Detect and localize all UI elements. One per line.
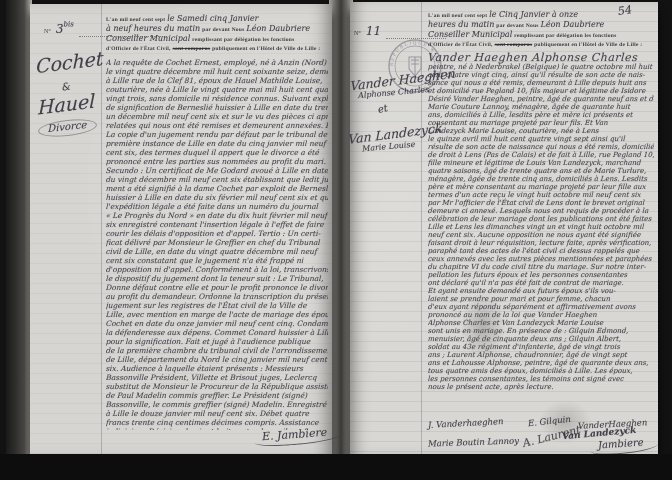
handwritten-hour: à neuf heures du matin: [106, 24, 200, 33]
header-line-2: heures du matin par devant Nous Léon Dau…: [428, 20, 654, 30]
margin-note-divorce: Divorce: [38, 117, 97, 139]
signature-jambiere: Jambiere: [598, 437, 644, 451]
handwritten-hour: heures du matin: [428, 20, 494, 29]
manuscript-line: sance qui nous a été remis, demeurant à …: [428, 79, 654, 87]
manuscript-line: Bassonville, le commis greffier (signé) …: [106, 400, 328, 409]
manuscript-line: Secundo : Un certificat de Me Godard avo…: [106, 166, 328, 175]
record-number-label: N°: [44, 29, 51, 35]
header-line-4: d'Officier de l'État Civil, sont comparu…: [106, 44, 328, 54]
manuscript-line: Donne défaut contre elle et pour le prof…: [106, 283, 328, 292]
handwritten-officer-title: Conseiller Municipal: [106, 34, 190, 43]
manuscript-line: substitut de Monsieur le Procureur de la…: [106, 382, 328, 391]
manuscript-line: menuisier, âgé de cinquante deux ans ; G…: [428, 335, 654, 343]
manuscript-line: « Le Progrès du Nord » en date du dix hu…: [106, 211, 328, 220]
manuscript-line: prononcé entre les parties sus nommées a…: [106, 157, 328, 166]
handwritten-date: le Cinq Janvier à onze: [489, 10, 578, 19]
printed-officier-text: d'Officier de l'État Civil,: [428, 42, 493, 48]
printed-delegation-text: remplissant par délégation les fonctions: [192, 37, 294, 43]
manuscript-line: Désiré Vander Haeghen, peintre, âgé de q…: [428, 95, 654, 103]
manuscript-line: jugement sur les registres de l'État civ…: [106, 301, 328, 310]
manuscript-line: de Lille, département du Nord le cinq ja…: [106, 355, 328, 364]
manuscript-line: Cochet en date du onze janvier mil neuf …: [106, 319, 328, 328]
manuscript-line: vingt trois, sans domicile ni résidence …: [106, 94, 328, 103]
manuscript-line: demeure ci annexé. Lesquels nous ont req…: [428, 207, 654, 215]
manuscript-line: Vander Haeghen Alphonse Charles: [428, 52, 654, 63]
register-page-left: N° 3bis Cochet & Hauel Divorce L'an mil …: [30, 4, 332, 456]
manuscript-line: couturière, née à Lille le vingt quatre …: [106, 85, 328, 94]
manuscript-line: cent six constatant que le jugement n'a …: [106, 256, 328, 265]
manuscript-line: pellation les futurs époux et les person…: [428, 271, 654, 279]
header-line-3: Conseiller Municipal remplissant par dél…: [428, 30, 654, 40]
header-line-1: L'an mil neuf cent sept le Samedi cinq J…: [106, 14, 328, 24]
manuscript-line: neuf cent six. Aucune opposition ne nous…: [428, 231, 654, 239]
manuscript-line: l'expédition légale a été faite dans un …: [106, 202, 328, 211]
scanner-bed-shadow: [0, 454, 672, 480]
manuscript-line: six enregistré contenant l'insertion lég…: [106, 220, 328, 229]
manuscript-line: le quinze avril mil huit cent quatre vin…: [428, 135, 654, 143]
manuscript-line: première instance de Lille en date du ci…: [106, 139, 328, 148]
manuscript-line: relatées qui nous ont été remises et dem…: [106, 121, 328, 130]
manuscript-line: du chapitre VI du code civil titre du ma…: [428, 263, 654, 271]
signature-j-vanderhaeghen: J. Vanderhaeghen: [428, 417, 504, 431]
manuscript-line: civil de Lille, en date du vingt quatre …: [106, 247, 328, 256]
manuscript-line: ficat délivré par Monsieur le Greffier e…: [106, 238, 328, 247]
printed-struck-text: sont comparus: [173, 46, 211, 52]
left-act-header: L'an mil neuf cent sept le Samedi cinq J…: [106, 14, 328, 54]
manuscript-line: ans ; Laurent Alphonse, chaudronnier, âg…: [428, 351, 654, 359]
manuscript-line: Lille, avec mention en marge de l'acte d…: [106, 310, 328, 319]
manuscript-line: un décembre mil neuf cent six et sur le …: [106, 112, 328, 121]
header-line-2: à neuf heures du matin par devant Nous L…: [106, 24, 328, 34]
manuscript-line: paraphé tant des actes de l'état civil c…: [428, 247, 654, 255]
register-page-right: 54 N° 11 RÉPUBLIQUE ✦ FRANÇAISE ✦ Vander…: [350, 2, 658, 454]
header-line-1: L'an mil neuf cent sept le Cinq Janvier …: [428, 10, 654, 20]
manuscript-line: du vingt décembre mil neuf cent six étab…: [106, 175, 328, 184]
manuscript-line: soldat au 43e régiment d'infanterie, âgé…: [428, 343, 654, 351]
left-manuscript-body: A la requête de Cochet Ernest, employé, …: [106, 58, 328, 430]
manuscript-line: d'opposition ni d'appel. Conformément à …: [106, 265, 328, 274]
margin-name-cochet: Cochet: [36, 48, 104, 78]
manuscript-line: Bassonville Président, Villette et Briso…: [106, 373, 328, 382]
manuscript-line: sont unis en mariage. En présence de : G…: [428, 327, 654, 335]
manuscript-line: six. Audience à laquelle étaient présent…: [106, 364, 328, 373]
printed-pardevant-text: par devant Nous: [496, 23, 538, 29]
manuscript-line: laient se prendre pour mari et pour femm…: [428, 295, 654, 303]
printed-hotel-de-ville-text: publiquement en l'Hôtel de Ville de Lill…: [534, 42, 642, 48]
manuscript-line: célébration de leur mariage dont les pub…: [428, 215, 654, 223]
manuscript-line: père et mère consentant au mariage proje…: [428, 183, 654, 191]
manuscript-line: cent six, des termes duquel il appert qu…: [106, 148, 328, 157]
manuscript-line: Marie Couture Lannoy, ménagère, âgée de …: [428, 103, 654, 111]
manuscript-line: consentant au mariage projeté par leur f…: [428, 119, 654, 127]
manuscript-line: A la requête de Cochet Ernest, employé, …: [106, 58, 328, 67]
manuscript-line: prononcé au nom de la loi que Vander Hae…: [428, 311, 654, 319]
manuscript-line: huissier à Lille en date du six février …: [106, 193, 328, 202]
manuscript-line: de droit à Lens (Pas de Calais) et de fa…: [428, 151, 654, 159]
manuscript-line: La copie d'un jugement rendu par défaut …: [106, 130, 328, 139]
manuscript-line: d'eux ayant répondu séparément et affirm…: [428, 303, 654, 311]
manuscript-line: ans et Lahousse Alphonse, peintre, âgé d…: [428, 359, 654, 367]
manuscript-line: de la première chambre du tribunal civil…: [106, 346, 328, 355]
manuscript-line: à Lille le douze janvier mil neuf cent s…: [106, 409, 328, 418]
printed-year-text: L'an mil neuf cent sept: [428, 13, 487, 19]
manuscript-line: tous quatre amis des époux, domiciliés à…: [428, 367, 654, 375]
book-left-edge-stack: [6, 0, 32, 464]
manuscript-line: courir les délais d'opposition et d'appe…: [106, 229, 328, 238]
manuscript-line: nous le présent acte, après lecture.: [428, 383, 654, 391]
manuscript-line: Et ayant ensuite demandé aux futurs épou…: [428, 287, 654, 295]
header-line-3: Conseiller Municipal remplissant par dél…: [106, 34, 328, 44]
manuscript-line: ont déclaré qu'il n'a pas été fait de co…: [428, 279, 654, 287]
right-act-header: L'an mil neuf cent sept le Cinq Janvier …: [428, 10, 654, 50]
handwritten-officer-name: Léon Daubriere: [246, 24, 310, 33]
handwritten-officer-title: Conseiller Municipal: [428, 30, 512, 39]
manuscript-line: cent quatre vingt cinq, ainsi qu'il résu…: [428, 71, 654, 79]
manuscript-line: Alphonse Charles et Van Landezyck Marie …: [428, 319, 654, 327]
margin-name-hauel: Hauel: [38, 90, 95, 119]
manuscript-line: Landezyck Marie Louise, couturière, née …: [428, 127, 654, 135]
printed-year-text: L'an mil neuf cent sept: [106, 17, 165, 23]
manuscript-line: francs trente cinq centimes décimes comp…: [106, 418, 328, 427]
scanned-register-spread: { "colors":{"background":"#121212","pape…: [0, 0, 672, 480]
record-number-label: N°: [354, 31, 361, 37]
manuscript-line: de Paul Madelin commis greffier. Le Prés…: [106, 391, 328, 400]
manuscript-line: pour la signification. Fait et jugé à l'…: [106, 337, 328, 346]
right-manuscript-body: Vander Haeghen Alphonse Charlespeintre, …: [428, 52, 654, 392]
manuscript-line: le vingt quatre décembre mil huit cent s…: [106, 67, 328, 76]
manuscript-line: peintre, né à Nederbrakel (Belgique) le …: [428, 63, 654, 71]
manuscript-line: fille mineure et légitime de Louis Van L…: [428, 159, 654, 167]
margin-link-et: et: [377, 103, 389, 116]
record-number-value: 11: [366, 24, 381, 38]
manuscript-line: la défenderesse aux dépens. Commet Conar…: [106, 328, 328, 337]
margin-ampersand: &: [61, 81, 72, 93]
manuscript-line: les personnes consentantes, les témoins …: [428, 375, 654, 383]
manuscript-line: par Mr l'officier de l'État civil de Len…: [428, 199, 654, 207]
handwritten-officer-name: Léon Daubriere: [541, 20, 605, 29]
manuscript-line: quatre saisons, âgé de trente quatre ans…: [428, 167, 654, 175]
manuscript-line: et domicilié rue Pegland 10, fils majeur…: [428, 87, 654, 95]
manuscript-line: ménagère, âgée de trente cinq ans, domic…: [428, 175, 654, 183]
printed-struck-text: sont comparus: [495, 42, 533, 48]
manuscript-line: Lille et Lens les dimanches vingt un et …: [428, 223, 654, 231]
manuscript-line: ceux annexés avec les autres pièces ment…: [428, 255, 654, 263]
manuscript-line: résulte de son acte de naissance qui nou…: [428, 143, 654, 151]
left-margin-rule: [101, 4, 102, 456]
printed-officier-text: d'Officier de l'État Civil,: [106, 46, 171, 52]
signature-marie-boutin-lannoy: Marie Boutin Lannoy: [428, 436, 519, 449]
handwritten-date: le Samedi cinq Janvier: [167, 14, 258, 23]
manuscript-line: à Lille rue de la Clef 81, époux de Haue…: [106, 76, 328, 85]
record-number-suffix: bis: [63, 21, 73, 29]
manuscript-line: ans, domiciliés à Lille, lesdits père et…: [428, 111, 654, 119]
manuscript-line: faisant droit à leur réquisition, lectur…: [428, 239, 654, 247]
printed-delegation-text: remplissant par délégation les fonctions: [514, 33, 616, 39]
manuscript-line: ment a été signifié à la dame Cochet par…: [106, 184, 328, 193]
manuscript-line: de signification de Berneslié huissier à…: [106, 103, 328, 112]
manuscript-line: au profit du demandeur. Ordonne la trans…: [106, 292, 328, 301]
printed-pardevant-text: par devant Nous: [202, 27, 244, 33]
header-line-4: d'Officier de l'État Civil, sont comparu…: [428, 40, 654, 50]
manuscript-line: termes d'un acte reçu le vingt huit octo…: [428, 191, 654, 199]
printed-hotel-de-ville-text: publiquement en l'Hôtel de Ville de Lill…: [212, 46, 320, 52]
manuscript-line: le dispositif du jugement dont la teneur…: [106, 274, 328, 283]
